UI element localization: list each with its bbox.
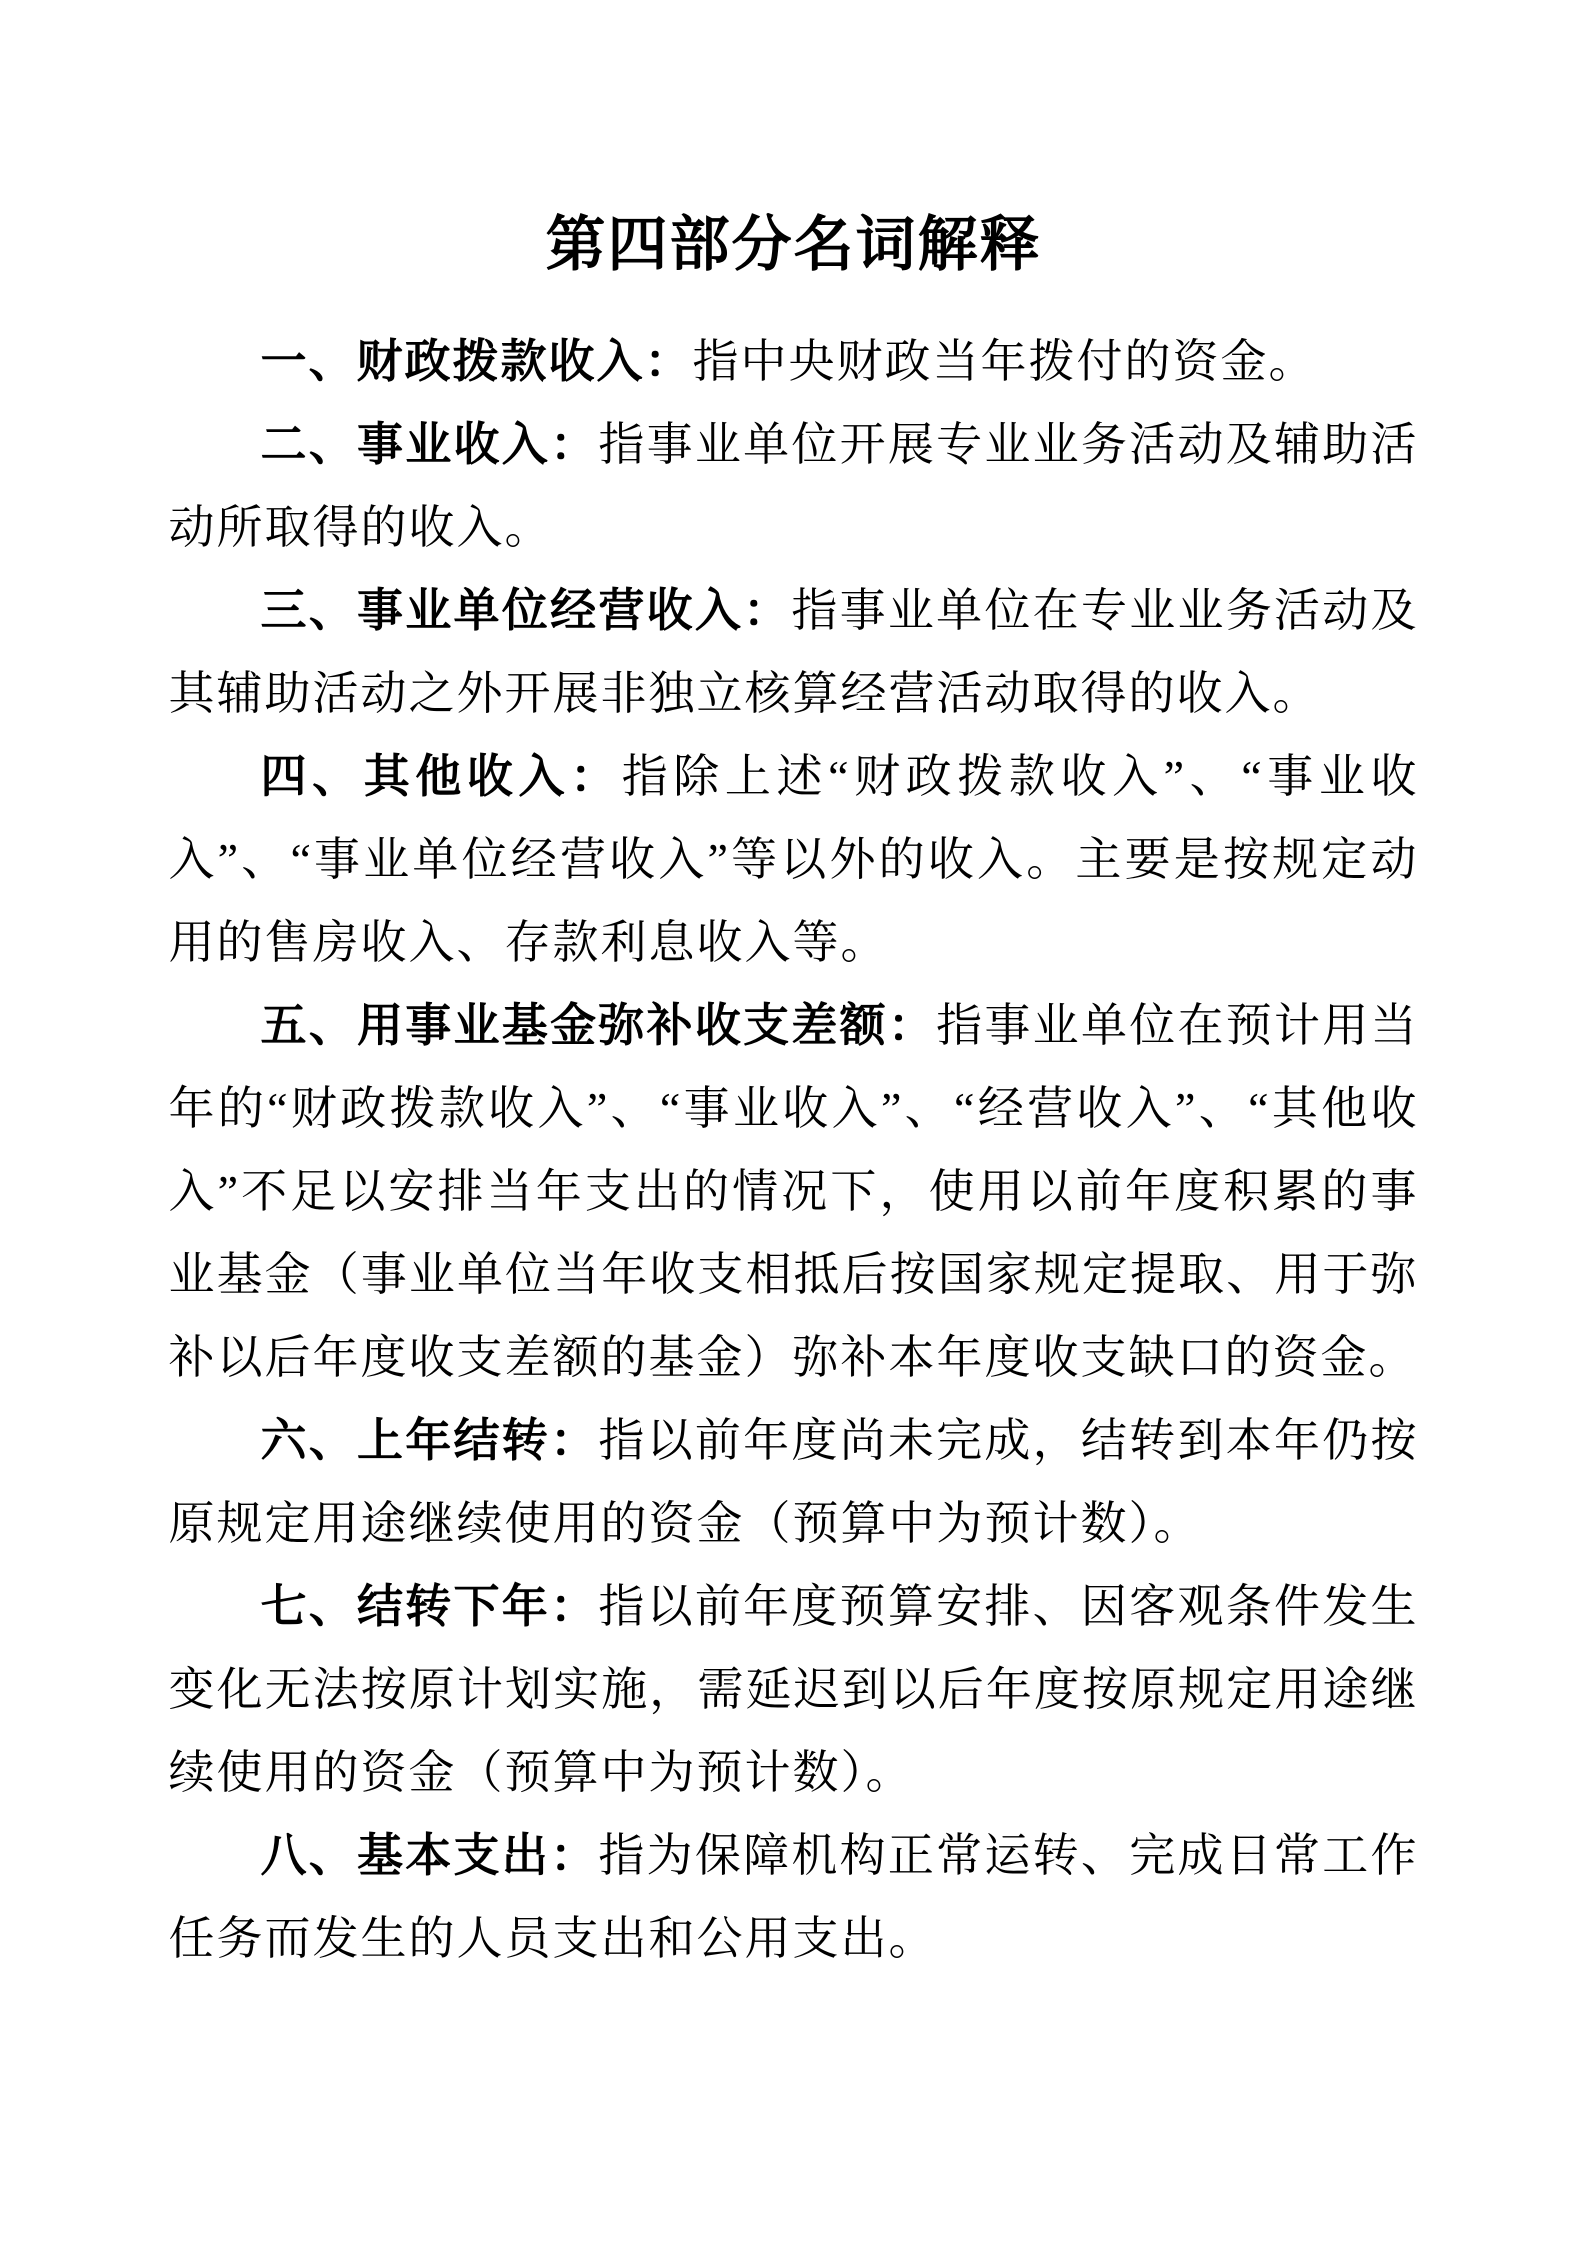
definition-paragraph: 五、用事业基金弥补收支差额：指事业单位在预计用当年的“财政拨款收入”、“事业收入… (169, 984, 1419, 1399)
term-label: 八、基本支出： (261, 1830, 599, 1881)
document-page: 第四部分名词解释 一、财政拨款收入：指中央财政当年拨付的资金。二、事业收入：指事… (0, 0, 1587, 2245)
term-label: 三、事业单位经营收入： (261, 585, 792, 636)
definition-paragraph: 三、事业单位经营收入：指事业单位在专业业务活动及其辅助活动之外开展非独立核算经营… (169, 569, 1419, 735)
term-label: 二、事业收入： (261, 419, 599, 470)
term-label: 一、财政拨款收入： (261, 336, 693, 387)
term-label: 六、上年结转： (261, 1415, 599, 1466)
page-title: 第四部分名词解释 (0, 200, 1587, 290)
term-definition: 指中央财政当年拨付的资金。 (693, 336, 1317, 387)
definition-paragraph: 七、结转下年：指以前年度预算安排、因客观条件发生变化无法按原计划实施，需延迟到以… (169, 1565, 1419, 1814)
definition-paragraph: 六、上年结转：指以前年度尚未完成，结转到本年仍按原规定用途继续使用的资金（预算中… (169, 1399, 1419, 1565)
definition-paragraph: 四、其他收入：指除上述“财政拨款收入”、“事业收入”、“事业单位经营收入”等以外… (169, 735, 1419, 984)
term-label: 四、其他收入： (261, 751, 622, 802)
term-label: 七、结转下年： (261, 1581, 599, 1632)
term-label: 五、用事业基金弥补收支差额： (261, 1000, 937, 1051)
term-definition: 指事业单位在预计用当年的“财政拨款收入”、“事业收入”、“经营收入”、“其他收入… (169, 1000, 1419, 1383)
definition-paragraph: 一、财政拨款收入：指中央财政当年拨付的资金。 (169, 320, 1419, 403)
definition-paragraph: 八、基本支出：指为保障机构正常运转、完成日常工作任务而发生的人员支出和公用支出。 (169, 1814, 1419, 1980)
document-body: 一、财政拨款收入：指中央财政当年拨付的资金。二、事业收入：指事业单位开展专业业务… (169, 320, 1419, 1980)
definition-paragraph: 二、事业收入：指事业单位开展专业业务活动及辅助活动所取得的收入。 (169, 403, 1419, 569)
